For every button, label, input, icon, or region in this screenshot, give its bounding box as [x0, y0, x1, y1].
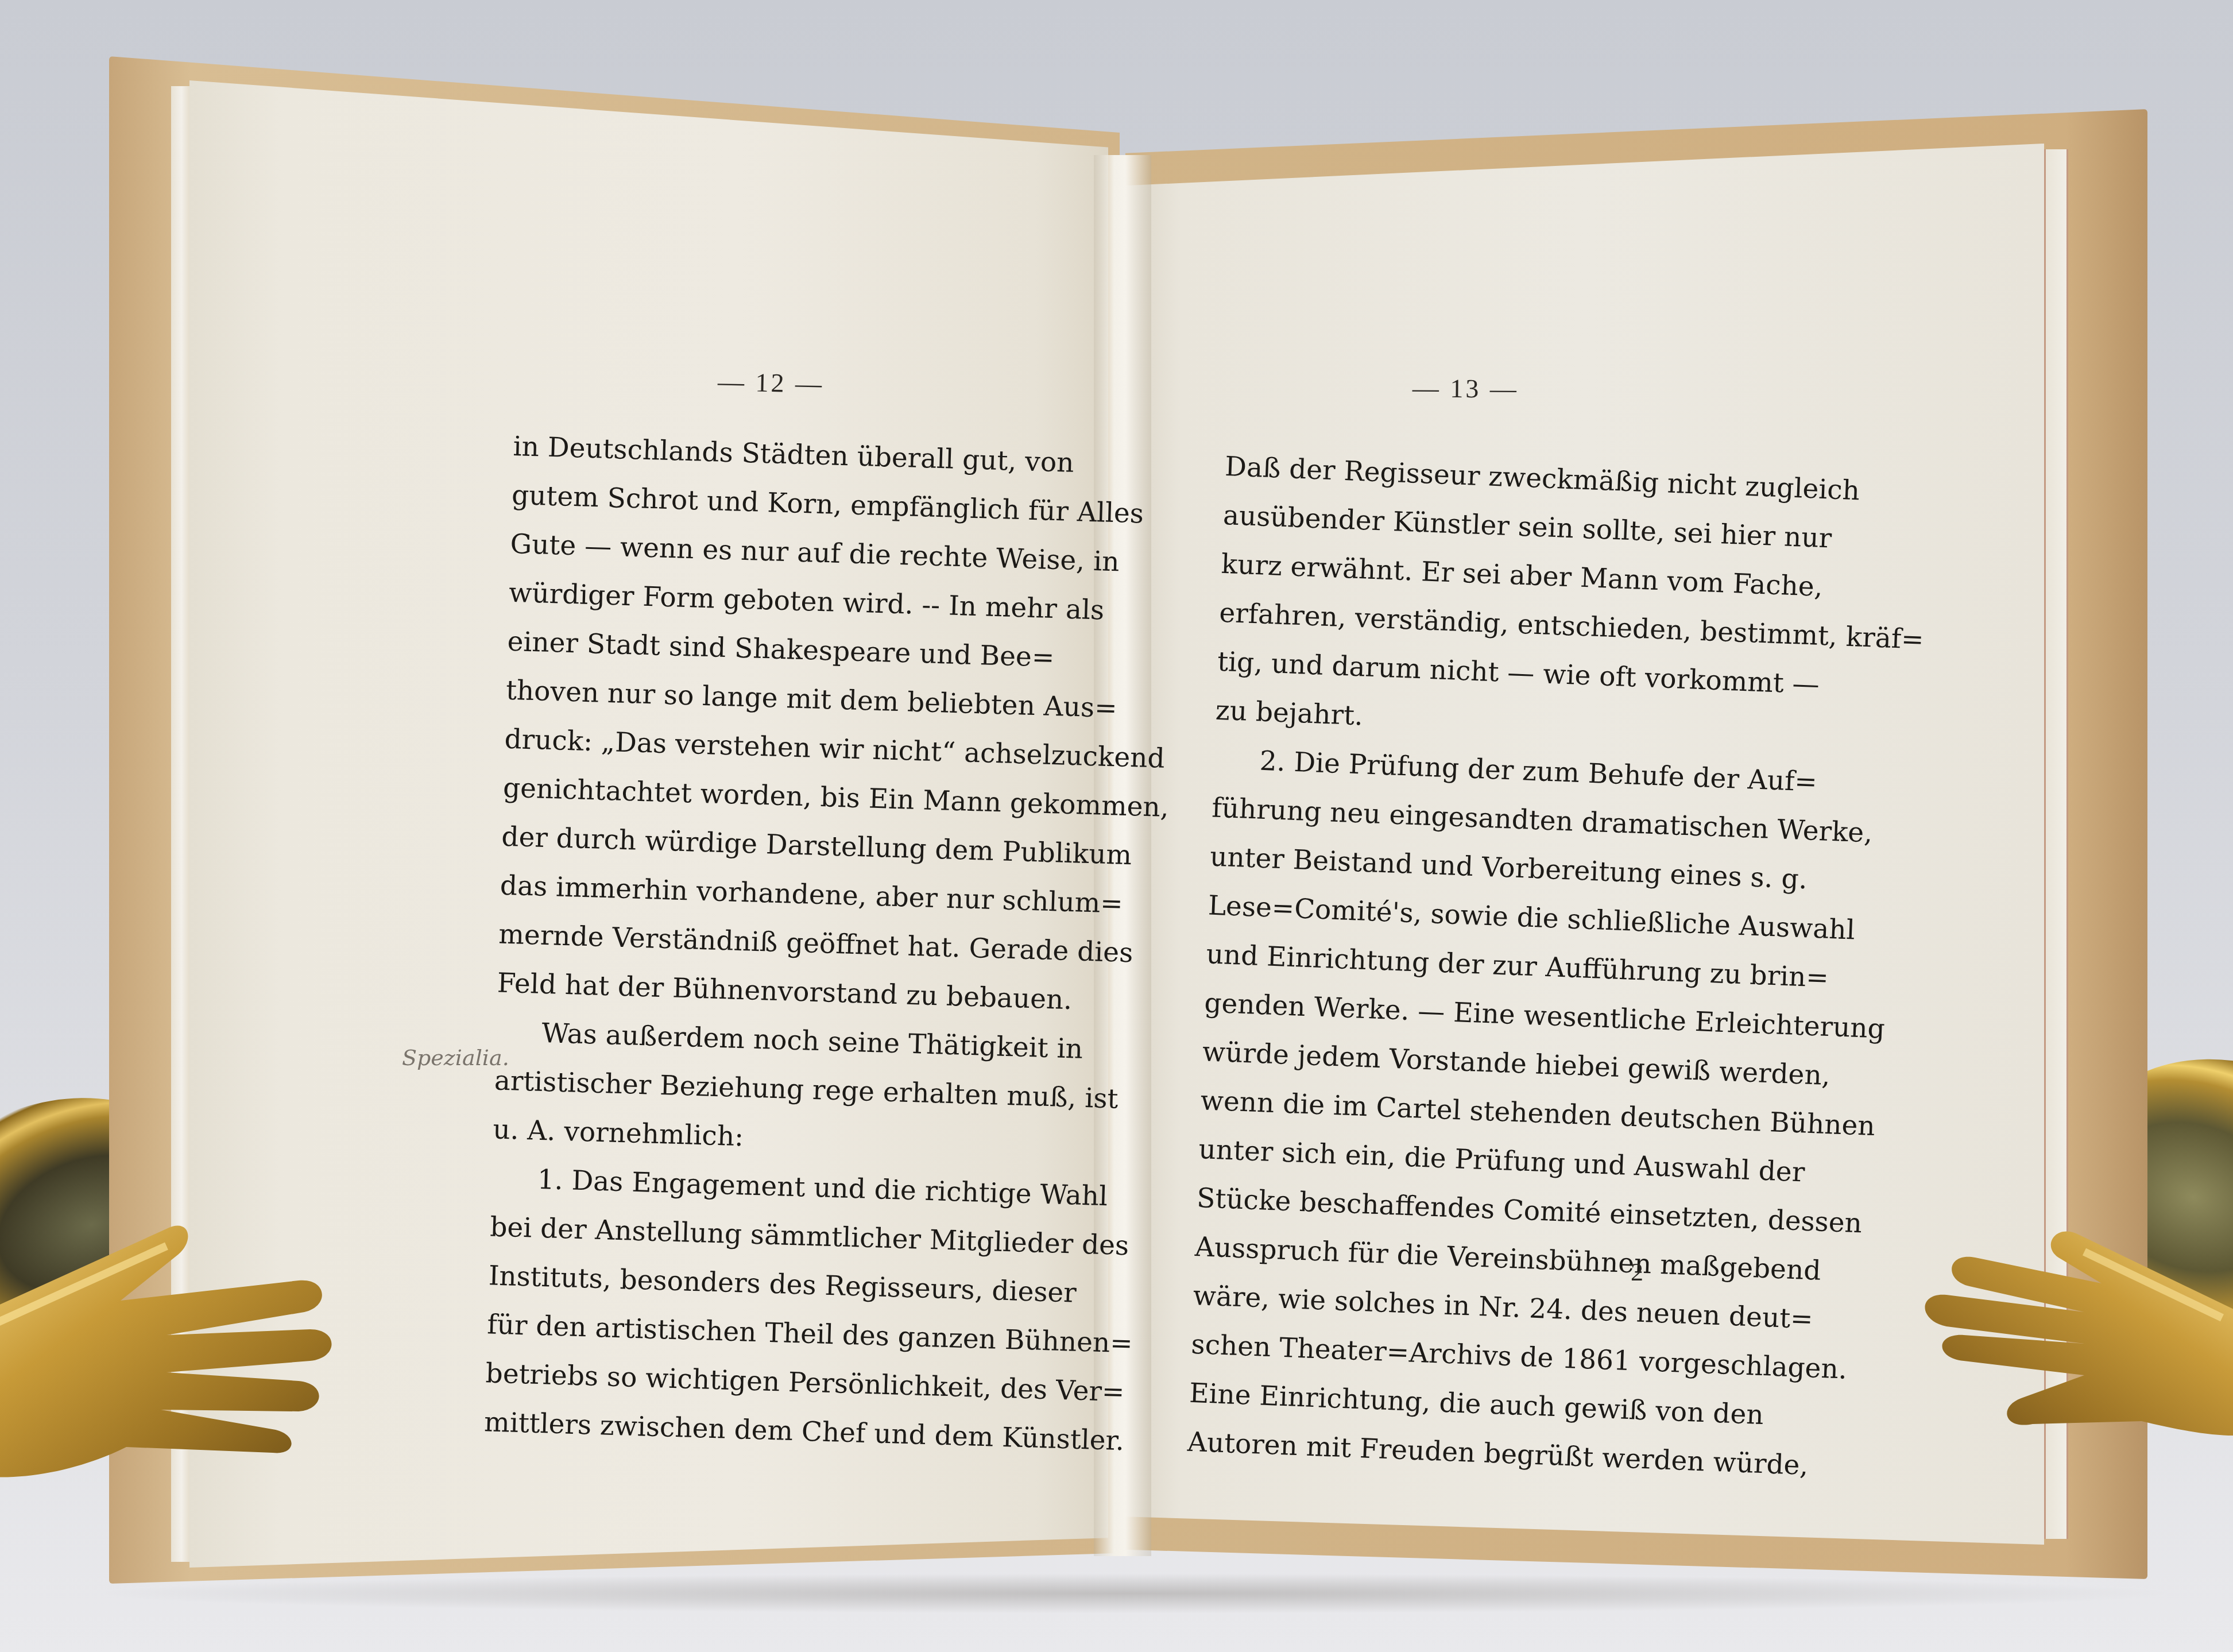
floor-shadow — [86, 1573, 2182, 1614]
page-number-right: — 13 — — [1412, 373, 1519, 404]
page-number-left: — 12 — — [717, 366, 824, 399]
margin-note: Spezialia. — [402, 1045, 509, 1070]
brass-hand-left-icon — [0, 1183, 390, 1504]
signature-mark: 2 — [1631, 1258, 1643, 1287]
right-page-text: Daß der Regisseur zweckmäßig nicht zugle… — [1186, 442, 1754, 1487]
left-page-text: in Deutschlands Städten überall gut, von… — [483, 422, 1013, 1461]
brass-hand-right-icon — [1912, 1160, 2233, 1481]
